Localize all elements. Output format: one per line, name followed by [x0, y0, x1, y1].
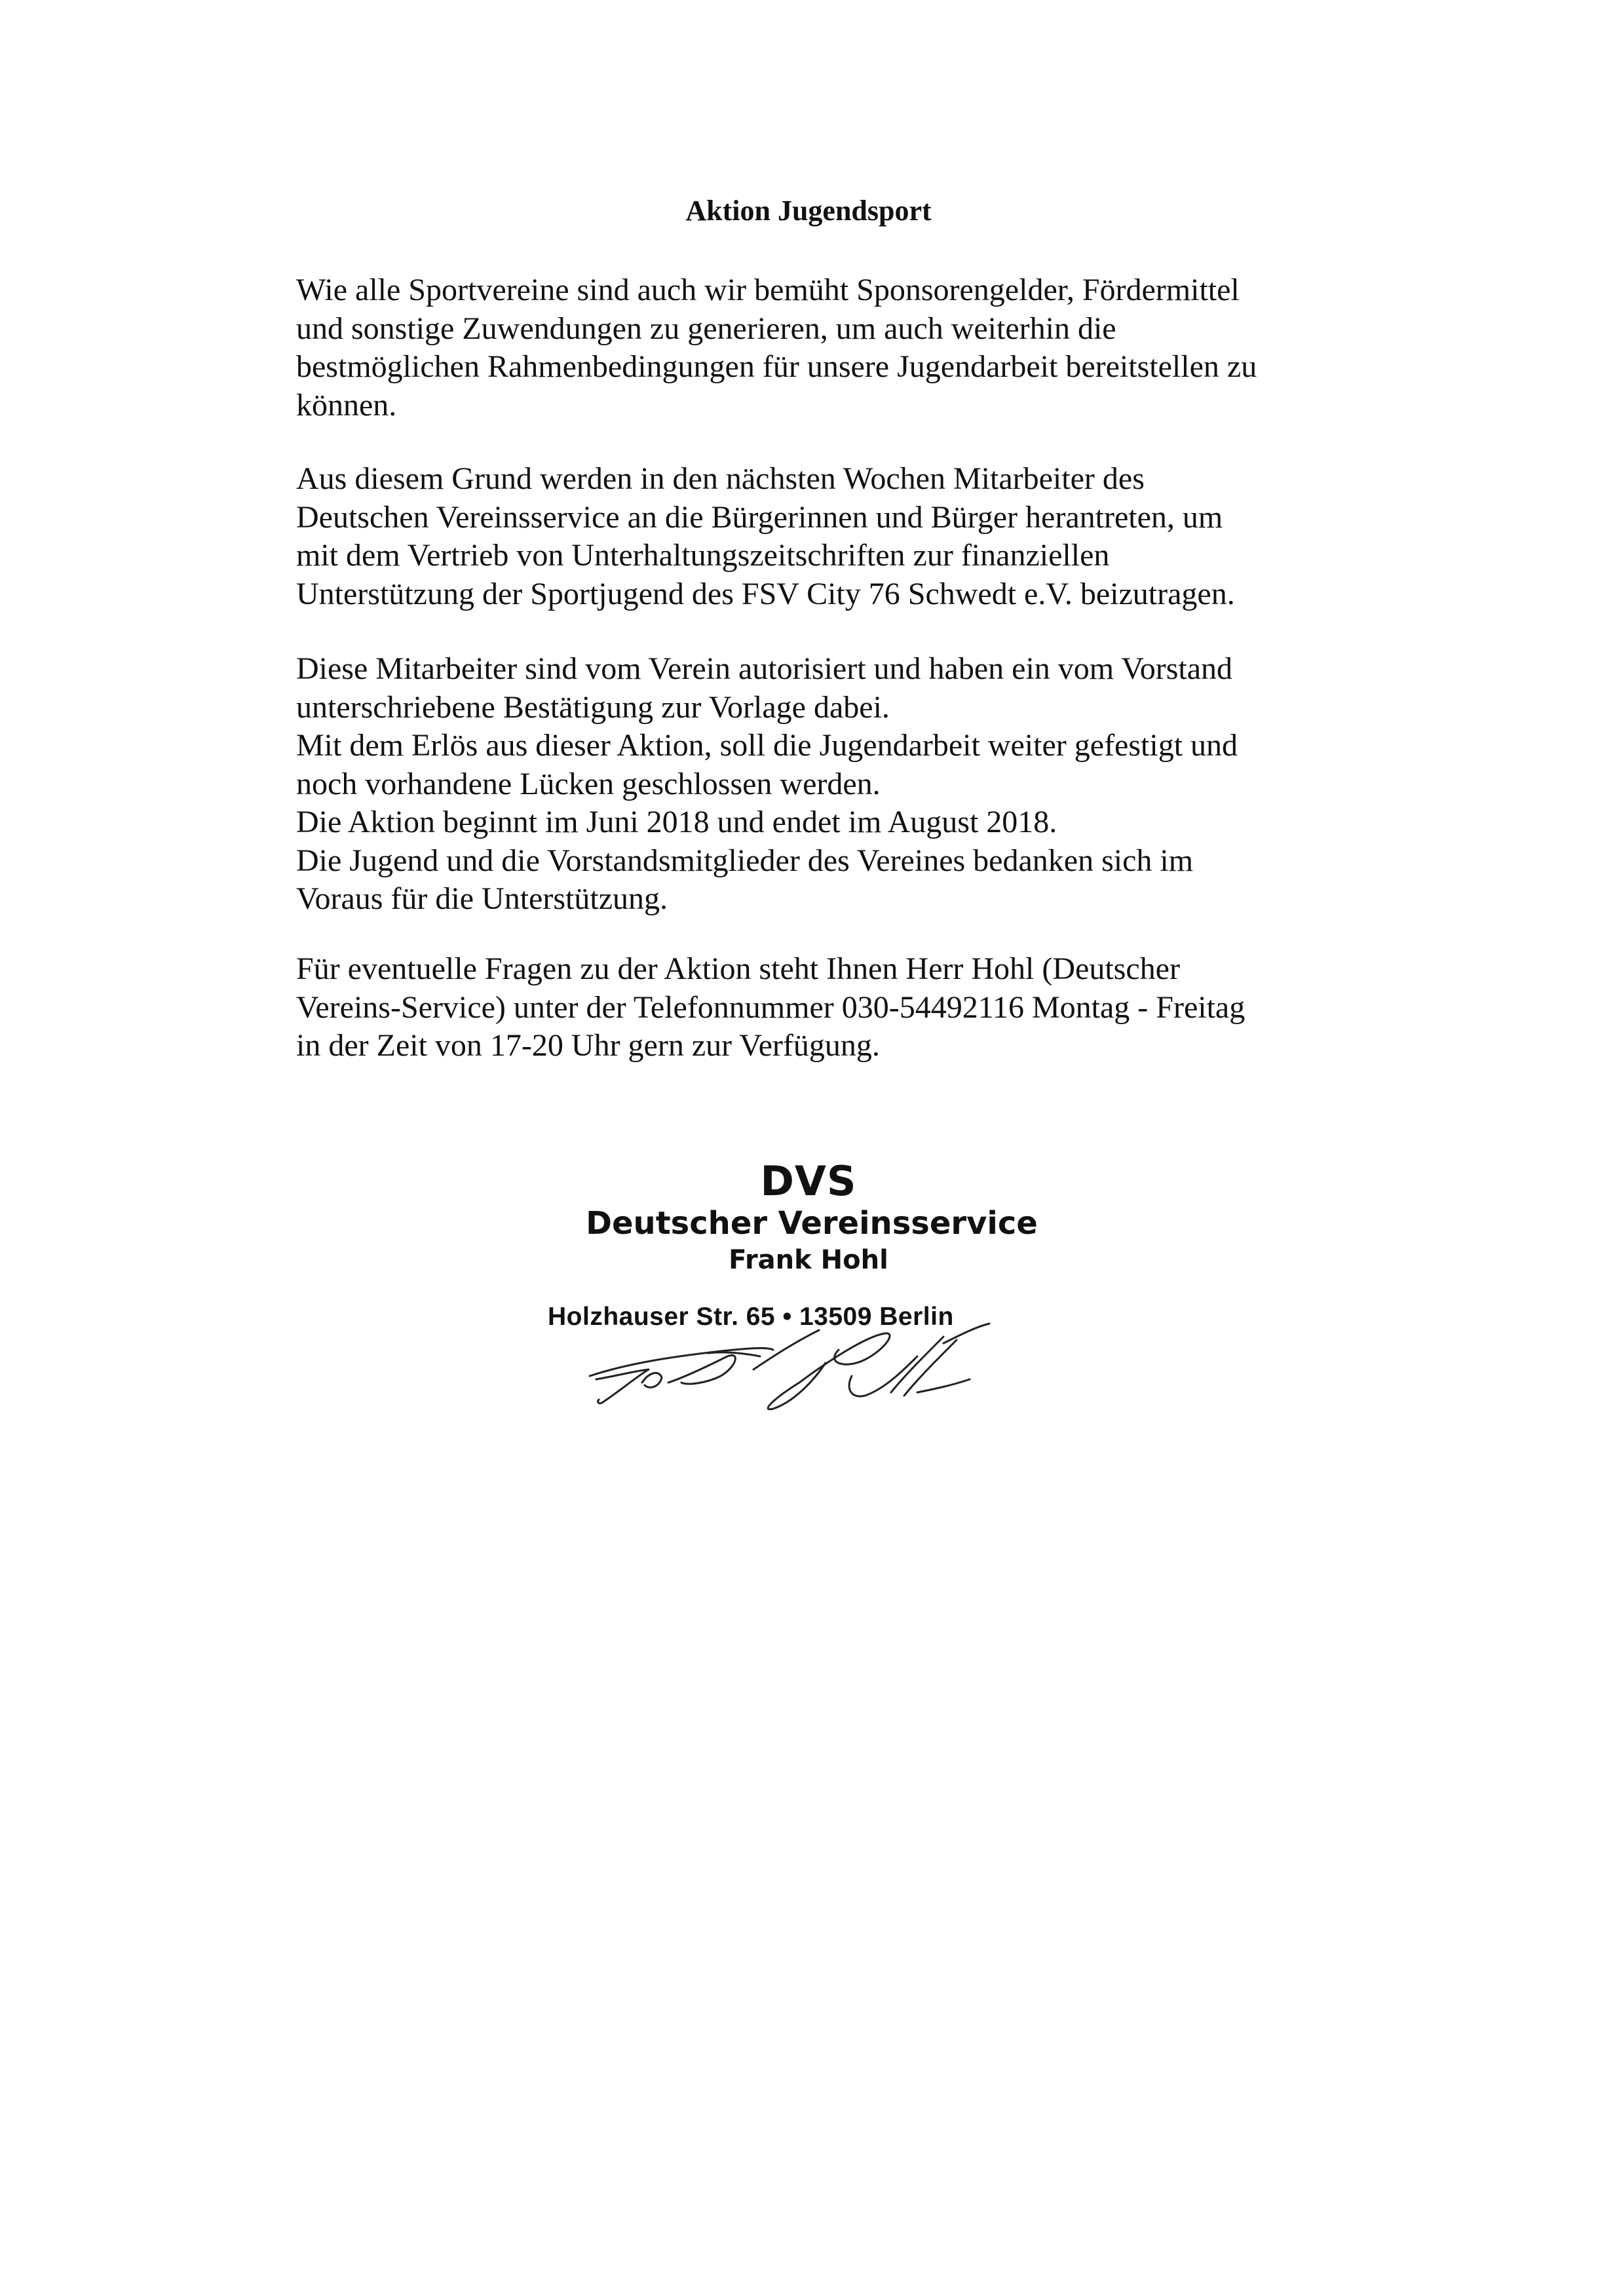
paragraph-contact: Für eventuelle Fragen zu der Aktion steh… — [296, 950, 1371, 1065]
text-line: Diese Mitarbeiter sind vom Verein autori… — [296, 650, 1371, 689]
text-line: unterschriebene Bestätigung zur Vorlage … — [296, 689, 1371, 727]
text-line: bestmöglichen Rahmenbedingungen für unse… — [296, 348, 1371, 387]
text-line: Deutschen Vereinsservice an die Bürgerin… — [296, 499, 1371, 537]
text-line: Voraus für die Unterstützung. — [296, 880, 1371, 919]
text-line: Für eventuelle Fragen zu der Aktion steh… — [296, 950, 1371, 989]
text-line: Die Jugend und die Vorstandsmitglieder d… — [296, 842, 1371, 881]
signature-icon — [577, 1317, 1002, 1415]
text-line: in der Zeit von 17-20 Uhr gern zur Verfü… — [296, 1027, 1371, 1065]
text-line: können. — [296, 387, 1371, 425]
stamp-abbreviation: DVS — [0, 1158, 1617, 1204]
text-line: Mit dem Erlös aus dieser Aktion, soll di… — [296, 727, 1371, 765]
text-line: Aus diesem Grund werden in den nächsten … — [296, 460, 1371, 499]
document-page: Aktion Jugendsport Wie alle Sportvereine… — [0, 0, 1617, 2296]
text-line: Unterstützung der Sportjugend des FSV Ci… — [296, 575, 1371, 614]
text-line: Wie alle Sportvereine sind auch wir bemü… — [296, 271, 1371, 310]
stamp-person: Frank Hohl — [0, 1244, 1617, 1276]
text-line: noch vorhandene Lücken geschlossen werde… — [296, 765, 1371, 804]
paragraph-reason: Aus diesem Grund werden in den nächsten … — [296, 460, 1371, 613]
document-title: Aktion Jugendsport — [0, 193, 1617, 229]
text-line: Vereins-Service) unter der Telefonnummer… — [296, 989, 1371, 1027]
paragraph-details: Diese Mitarbeiter sind vom Verein autori… — [296, 650, 1371, 919]
text-line: Die Aktion beginnt im Juni 2018 und ende… — [296, 803, 1371, 842]
text-line: mit dem Vertrieb von Unterhaltungszeitsc… — [296, 537, 1371, 575]
company-stamp: DVS Deutscher Vereinsservice Frank Hohl — [0, 1158, 1617, 1276]
text-line: und sonstige Zuwendungen zu generieren, … — [296, 310, 1371, 349]
stamp-organization: Deutscher Vereinsservice — [7, 1204, 1617, 1242]
paragraph-intro: Wie alle Sportvereine sind auch wir bemü… — [296, 271, 1371, 425]
